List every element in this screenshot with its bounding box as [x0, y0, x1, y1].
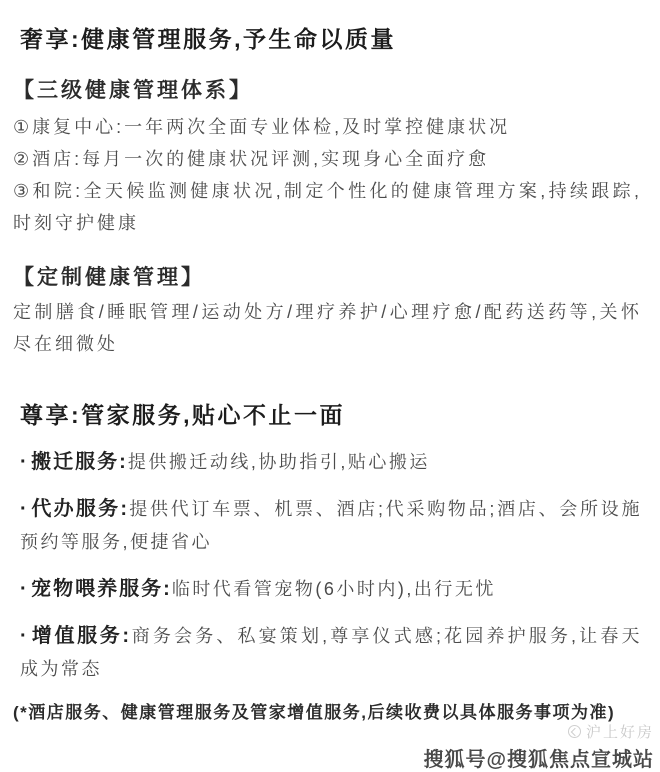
custom-health-paragraph: 定制膳食/睡眠管理/运动处方/理疗养护/心理疗愈/配药送药等,关怀尽在细微处 [20, 296, 642, 360]
custom-health-body: 定制膳食/睡眠管理/运动处方/理疗养护/心理疗愈/配药送药等,关怀尽在细微处 [13, 296, 642, 360]
bullet-marker: · [20, 578, 31, 600]
health-section-title: 奢享:健康管理服务,予生命以质量 [20, 26, 642, 52]
bullet-desc: 临时代看管宠物(6小时内),出行无忧 [172, 579, 496, 599]
tier-item-3: ③和院:全天候监测健康状况,制定个性化的健康管理方案,持续跟踪,时刻守护健康 [13, 175, 642, 239]
custom-health-subtitle: 【定制健康管理】 [13, 266, 642, 290]
article-page: 奢享:健康管理服务,予生命以质量 【三级健康管理体系】 ①康复中心:一年两次全面… [0, 0, 660, 724]
watermark-area: 沪上好房 搜狐号@搜狐焦点宣城站 [423, 722, 654, 772]
bullet-marker: · [20, 451, 31, 473]
bullet-label: 宠物喂养服务: [31, 578, 172, 600]
bullet-label: 代办服务: [31, 498, 129, 520]
fee-disclaimer-footnote: (*酒店服务、健康管理服务及管家增值服务,后续收费以具体服务事项为准) [13, 702, 642, 724]
brand-logo-icon [568, 725, 581, 738]
brand-watermark-text: 沪上好房 [586, 721, 654, 742]
bullet-item-value-added: ·增值服务:商务会务、私宴策划,尊享仪式感;花园养护服务,让春天成为常态 [20, 620, 642, 686]
tier-system-subtitle: 【三级健康管理体系】 [13, 79, 642, 103]
tier-list: ①康复中心:一年两次全面专业体检,及时掌控健康状况 ②酒店:每月一次的健康状况评… [20, 111, 642, 239]
bullet-label: 搬迁服务: [31, 451, 128, 473]
bullet-item-relocation: ·搬迁服务:提供搬迁动线,协助指引,贴心搬运 [20, 446, 642, 479]
bullet-item-pet-care: ·宠物喂养服务:临时代看管宠物(6小时内),出行无忧 [20, 573, 642, 606]
bullet-marker: · [20, 625, 31, 647]
bullet-marker: · [20, 498, 31, 520]
butler-section-title: 尊享:管家服务,贴心不止一面 [20, 402, 642, 428]
bullet-desc: 提供搬迁动线,协助指引,贴心搬运 [128, 452, 430, 472]
brand-watermark: 沪上好房 [423, 722, 654, 740]
bullet-label: 增值服务: [31, 625, 131, 647]
tier-item-1: ①康复中心:一年两次全面专业体检,及时掌控健康状况 [13, 111, 642, 143]
sohu-account-watermark: 搜狐号@搜狐焦点宣城站 [423, 743, 654, 772]
bullet-item-errand: ·代办服务:提供代订车票、机票、酒店;代采购物品;酒店、会所设施预约等服务,便捷… [20, 493, 642, 559]
tier-item-2: ②酒店:每月一次的健康状况评测,实现身心全面疗愈 [13, 143, 642, 175]
